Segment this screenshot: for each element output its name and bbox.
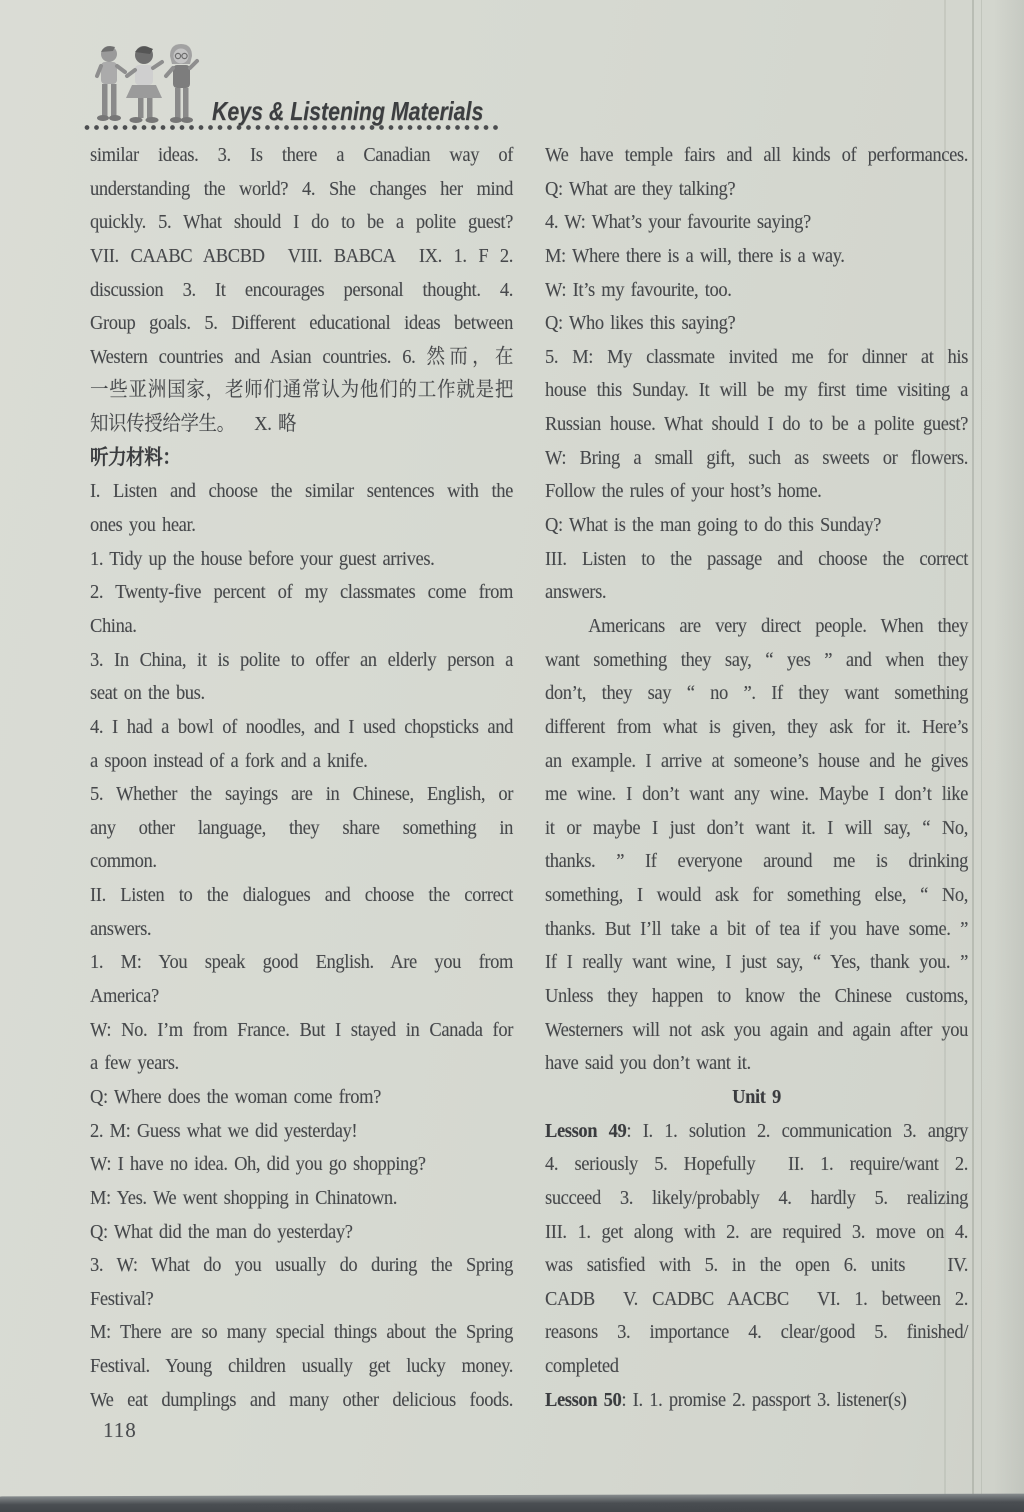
dotted-divider xyxy=(84,124,500,131)
text-line: Lesson 49: I. 1. solution 2. communicati… xyxy=(545,1115,968,1149)
text-line: W: No. I’m from France. But I stayed in … xyxy=(90,1014,513,1048)
text-line: VII. CAABC ABCBD VIII. BABCA IX. 1. F 2. xyxy=(90,240,513,274)
page-edge-line xyxy=(981,0,982,1512)
text-line: Group goals. 5. Different educational id… xyxy=(90,307,513,341)
text-line: a spoon instead of a fork and a knife. xyxy=(90,745,513,779)
text-line: W: I have no idea. Oh, did you go shoppi… xyxy=(90,1148,513,1182)
text-line: Western countries and Asian countries. 6… xyxy=(90,341,513,375)
text-line: me wine. I don’t want any wine. Maybe I … xyxy=(545,778,968,812)
text-line: Festival. Young children usually get luc… xyxy=(90,1350,513,1384)
page-edge-line xyxy=(944,0,946,1512)
text-line: succeed 3. likely/probably 4. hardly 5. … xyxy=(545,1182,968,1216)
text-line: Follow the rules of your host’s home. xyxy=(545,475,968,509)
left-text-column: similar ideas. 3. Is there a Canadian wa… xyxy=(90,139,513,1417)
text-line: 5. M: My classmate invited me for dinner… xyxy=(545,341,968,375)
text-line: house this Sunday. It will be my first t… xyxy=(545,374,968,408)
text-line: I. Listen and choose the similar sentenc… xyxy=(90,475,513,509)
three-students-icon xyxy=(90,40,202,132)
text-line: W: It’s my favourite, too. xyxy=(545,274,968,308)
text-line: W: Bring a small gift, such as sweets or… xyxy=(545,442,968,476)
text-line: have said you don’t want it. xyxy=(545,1047,968,1081)
text-line: thanks. ” If everyone around me is drink… xyxy=(545,845,968,879)
text-line: Festival? xyxy=(90,1283,513,1317)
text-line: answers. xyxy=(90,913,513,947)
scanned-book-page: Keys & Listening Materials similar ideas… xyxy=(0,0,1024,1512)
text-line: was satisfied with 5. in the open 6. uni… xyxy=(545,1249,968,1283)
text-line: something, I would ask for something els… xyxy=(545,879,968,913)
text-line: any other language, they share something… xyxy=(90,812,513,846)
text-line: ones you hear. xyxy=(90,509,513,543)
text-line: 听力材料： xyxy=(90,442,513,476)
text-line: II. Listen to the dialogues and choose t… xyxy=(90,879,513,913)
text-line: Q: What are they talking? xyxy=(545,173,968,207)
text-line: 4. W: What’s your favourite saying? xyxy=(545,206,968,240)
text-line: China. xyxy=(90,610,513,644)
text-line: different from what is given, they ask f… xyxy=(545,711,968,745)
text-line: Westerners will not ask you again and ag… xyxy=(545,1014,968,1048)
text-line: understanding the world? 4. She changes … xyxy=(90,173,513,207)
text-line: completed xyxy=(545,1350,968,1384)
text-line: III. 1. get along with 2. are required 3… xyxy=(545,1216,968,1250)
text-line: Lesson 50: I. 1. promise 2. passport 3. … xyxy=(545,1384,968,1418)
text-line: 一些亚洲国家，老师们通常认为他们的工作就是把 xyxy=(90,374,513,408)
page-number: 118 xyxy=(103,1418,137,1443)
text-line: M: There are so many special things abou… xyxy=(90,1316,513,1350)
text-line: 2. Twenty-five percent of my classmates … xyxy=(90,576,513,610)
text-line: We eat dumplings and many other deliciou… xyxy=(90,1384,513,1418)
text-line: 知识传授给学生。 X. 略 xyxy=(90,408,513,442)
text-line: 3. W: What do you usually do during the … xyxy=(90,1249,513,1283)
text-line: Q: Who likes this saying? xyxy=(545,307,968,341)
text-line: reasons 3. importance 4. clear/good 5. f… xyxy=(545,1316,968,1350)
scan-bottom-edge xyxy=(0,1494,1024,1512)
text-line: seat on the bus. xyxy=(90,677,513,711)
text-line: a few years. xyxy=(90,1047,513,1081)
text-line: an example. I arrive at someone’s house … xyxy=(545,745,968,779)
text-line: CADB V. CADBC AACBC VI. 1. between 2. xyxy=(545,1283,968,1317)
scan-shadow xyxy=(994,0,1024,1512)
text-line: 5. Whether the sayings are in Chinese, E… xyxy=(90,778,513,812)
text-line: We have temple fairs and all kinds of pe… xyxy=(545,139,968,173)
right-text-column: We have temple fairs and all kinds of pe… xyxy=(545,139,968,1417)
text-line: 2. M: Guess what we did yesterday! xyxy=(90,1115,513,1149)
text-line: M: Yes. We went shopping in Chinatown. xyxy=(90,1182,513,1216)
text-line: quickly. 5. What should I do to be a pol… xyxy=(90,206,513,240)
text-line: Russian house. What should I do to be a … xyxy=(545,408,968,442)
text-line: 4. I had a bowl of noodles, and I used c… xyxy=(90,711,513,745)
text-line: 1. M: You speak good English. Are you fr… xyxy=(90,946,513,980)
text-line: discussion 3. It encourages personal tho… xyxy=(90,274,513,308)
text-line: If I really want wine, I just say, “ Yes… xyxy=(545,946,968,980)
text-line: don’t, they say “ no ”. If they want som… xyxy=(545,677,968,711)
text-line: it or maybe I just don’t want it. I will… xyxy=(545,812,968,846)
text-line: Unit 9 xyxy=(545,1081,968,1115)
text-line: America? xyxy=(90,980,513,1014)
text-line: Unless they happen to know the Chinese c… xyxy=(545,980,968,1014)
text-line: Q: What is the man going to do this Sund… xyxy=(545,509,968,543)
text-line: M: Where there is a will, there is a way… xyxy=(545,240,968,274)
text-line: thanks. But I’ll take a bit of tea if yo… xyxy=(545,913,968,947)
text-line: 3. In China, it is polite to offer an el… xyxy=(90,644,513,678)
text-line: III. Listen to the passage and choose th… xyxy=(545,543,968,577)
text-line: 1. Tidy up the house before your guest a… xyxy=(90,543,513,577)
text-line: common. xyxy=(90,845,513,879)
page-title: Keys & Listening Materials xyxy=(212,96,483,127)
text-line: Q: Where does the woman come from? xyxy=(90,1081,513,1115)
text-line: 4. seriously 5. Hopefully II. 1. require… xyxy=(545,1148,968,1182)
text-line: similar ideas. 3. Is there a Canadian wa… xyxy=(90,139,513,173)
text-line: Q: What did the man do yesterday? xyxy=(90,1216,513,1250)
text-line: Americans are very direct people. When t… xyxy=(545,610,968,644)
page-edge-line xyxy=(972,0,974,1512)
text-line: want something they say, “ yes ” and whe… xyxy=(545,644,968,678)
text-line: answers. xyxy=(545,576,968,610)
